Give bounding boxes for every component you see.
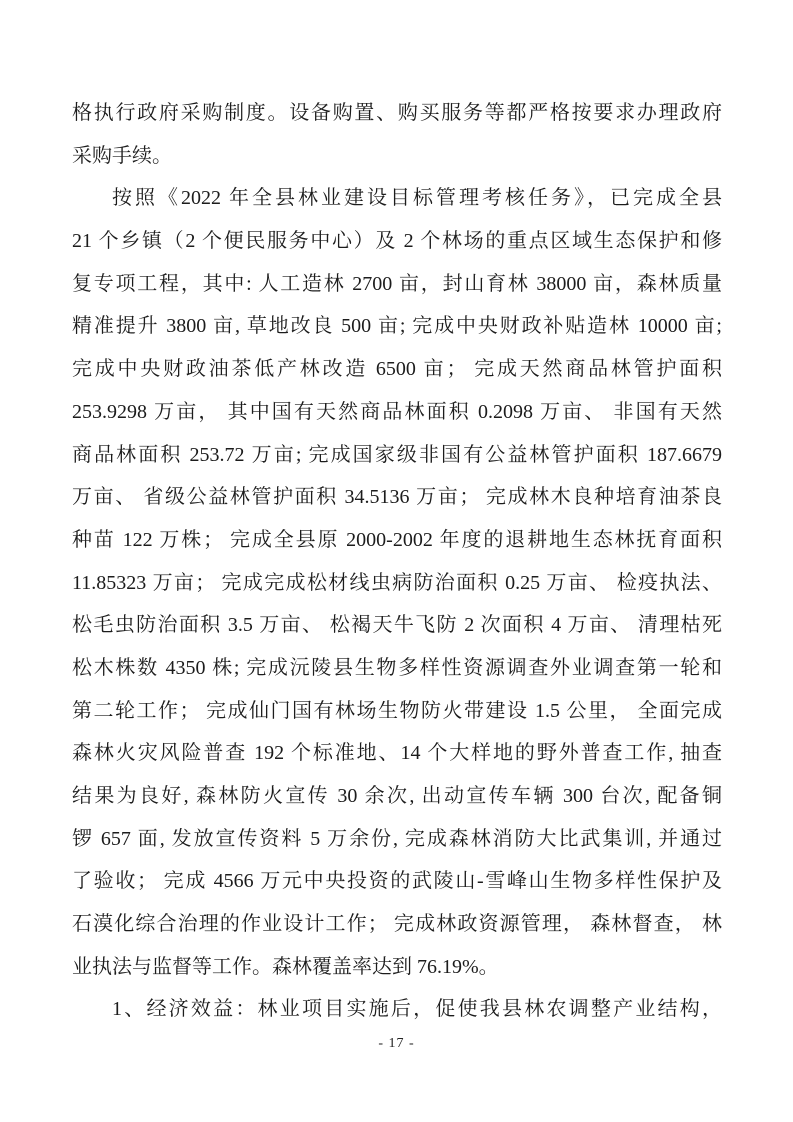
text-line: 了验收； 完成 4566 万元中央投资的武陵山-雪峰山生物多样性保护及 [72,860,722,903]
text-line: 结果为良好, 森林防火宣传 30 余次, 出动宣传车辆 300 台次, 配备铜 [72,775,722,818]
text-line: 格执行政府采购制度。设备购置、购买服务等都严格按要求办理政府 [72,92,722,135]
page-number: - 17 - [0,1036,793,1052]
text-line: 第二轮工作； 完成仙门国有林场生物防火带建设 1.5 公里， 全面完成 [72,690,722,733]
document-body: 格执行政府采购制度。设备购置、购买服务等都严格按要求办理政府采购手续。按照《20… [72,92,722,1031]
text-line: 业执法与监督等工作。森林覆盖率达到 76.19%。 [72,946,722,989]
page-number-label: - 17 - [378,1036,414,1051]
text-line: 石漠化综合治理的作业设计工作； 完成林政资源管理， 森林督查， 林 [72,903,722,946]
text-line: 商品林面积 253.72 万亩; 完成国家级非国有公益林管护面积 187.667… [72,434,722,477]
text-line: 种苗 122 万株； 完成全县原 2000-2002 年度的退耕地生态林抚育面积 [72,519,722,562]
text-line: 锣 657 面, 发放宣传资料 5 万余份, 完成森林消防大比武集训, 并通过 [72,818,722,861]
text-line: 按照《2022 年全县林业建设目标管理考核任务》，已完成全县 [72,177,722,220]
text-line: 松木株数 4350 株; 完成沅陵县生物多样性资源调查外业调查第一轮和 [72,647,722,690]
text-line: 完成中央财政油茶低产林改造 6500 亩； 完成天然商品林管护面积 [72,348,722,391]
text-line: 1、经济效益：林业项目实施后，促使我县林农调整产业结构， [72,988,722,1031]
text-line: 万亩、 省级公益林管护面积 34.5136 万亩； 完成林木良种培育油茶良 [72,476,722,519]
text-line: 松毛虫防治面积 3.5 万亩、 松褐天牛飞防 2 次面积 4 万亩、 清理枯死 [72,604,722,647]
text-line: 253.9298 万亩， 其中国有天然商品林面积 0.2098 万亩、 非国有天… [72,391,722,434]
document-page: 格执行政府采购制度。设备购置、购买服务等都严格按要求办理政府采购手续。按照《20… [0,0,793,1122]
text-line: 采购手续。 [72,135,722,178]
text-line: 21 个乡镇（2 个便民服务中心）及 2 个林场的重点区域生态保护和修 [72,220,722,263]
text-line: 精准提升 3800 亩, 草地改良 500 亩; 完成中央财政补贴造林 1000… [72,305,722,348]
text-line: 复专项工程，其中: 人工造林 2700 亩，封山育林 38000 亩，森林质量 [72,263,722,306]
text-line: 11.85323 万亩； 完成完成松材线虫病防治面积 0.25 万亩、 检疫执法… [72,562,722,605]
text-line: 森林火灾风险普查 192 个标准地、14 个大样地的野外普查工作, 抽查 [72,732,722,775]
